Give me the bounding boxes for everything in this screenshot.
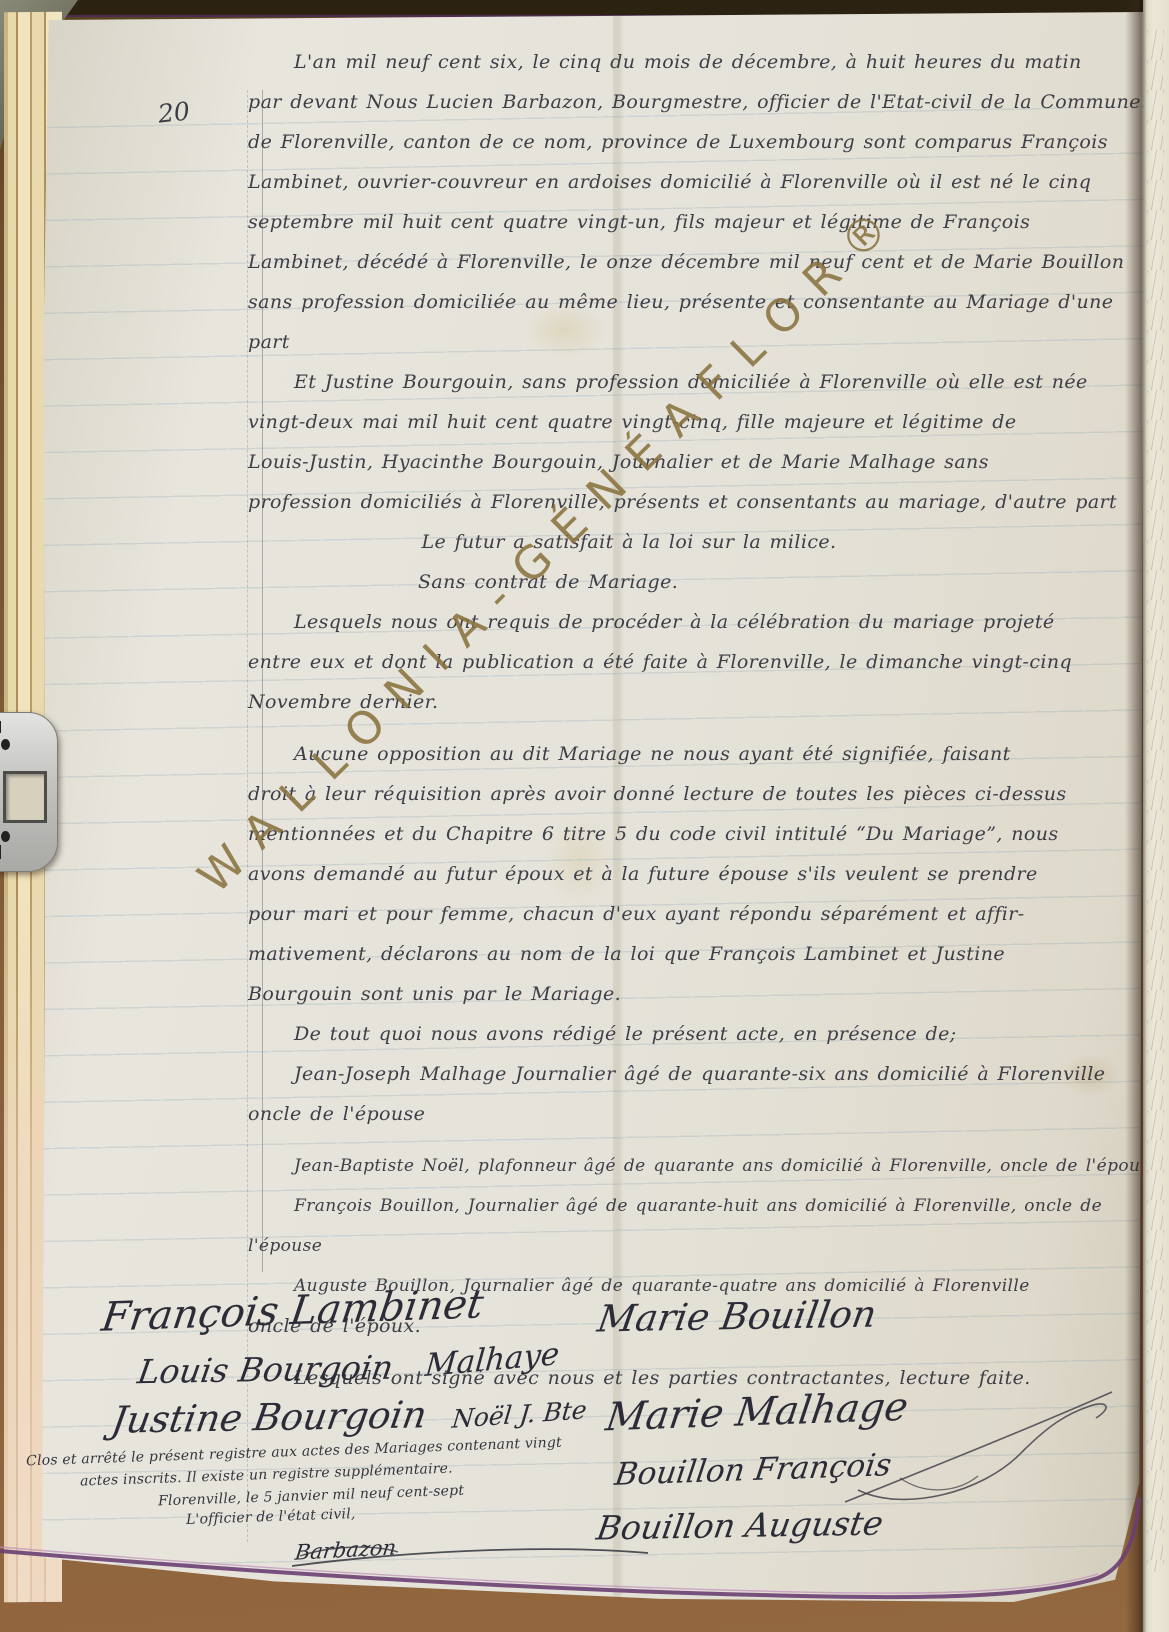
signature: Marie Bouillon	[595, 1293, 880, 1341]
act-text-line: de Florenville, canton de ce nom, provin…	[248, 122, 1146, 162]
binder-clip-slot	[3, 771, 47, 823]
act-text-line: mentionnées et du Chapitre 6 titre 5 du …	[248, 814, 1146, 854]
binder-clip	[0, 712, 58, 872]
act-number: 20	[157, 96, 192, 128]
act-text-line: droit à leur réquisition après avoir don…	[248, 774, 1146, 814]
act-text-line: Lesquels nous ont requis de procéder à l…	[248, 602, 1146, 642]
clip-mark	[0, 721, 1, 733]
act-text-line: Sans contrat de Mariage.	[248, 562, 1146, 602]
act-text-line: pour mari et pour femme, chacun d'eux ay…	[248, 894, 1146, 934]
act-text-line: De tout quoi nous avons rédigé le présen…	[248, 1014, 1146, 1054]
act-text-line: Bourgouin sont unis par le Mariage.	[248, 974, 1146, 1014]
act-text-line: avons demandé au futur époux et à la fut…	[248, 854, 1146, 894]
marriage-register-scan: 20 L'an mil neuf cent six, le cinq du mo…	[0, 0, 1169, 1632]
act-text-line: Le futur a satisfait à la loi sur la mil…	[248, 522, 1146, 562]
act-text-line: L'an mil neuf cent six, le cinq du mois …	[248, 42, 1146, 82]
signature: Bouillon Auguste	[594, 1503, 886, 1547]
next-page-writing	[1147, 30, 1167, 1572]
signature: Justine Bourgoin	[109, 1393, 430, 1442]
act-text-line: Lambinet, ouvrier-couvreur en ardoises d…	[248, 162, 1146, 202]
clip-mark	[0, 845, 1, 859]
act-text-line: profession domiciliés à Florenville, pré…	[248, 482, 1146, 522]
signature: Louis Bourgoin	[135, 1348, 396, 1392]
act-text-line: sans profession domiciliée au même lieu,…	[248, 282, 1146, 362]
page-fold-shadow	[1125, 0, 1147, 1632]
act-text-line: Jean-Baptiste Noël, plafonneur âgé de qu…	[248, 1146, 1146, 1186]
clip-mark	[1, 739, 10, 750]
act-text-line: Louis-Justin, Hyacinthe Bourgouin, Journ…	[248, 442, 1146, 482]
act-text-line: Jean-Joseph Malhage Journalier âgé de qu…	[248, 1054, 1146, 1094]
act-text-line: Lambinet, décédé à Florenville, le onze …	[248, 242, 1146, 282]
act-text-line: oncle de l'épouse	[248, 1094, 1146, 1134]
clip-mark	[1, 831, 10, 842]
act-text-line: François Bouillon, Journalier âgé de qua…	[248, 1186, 1146, 1266]
act-text-line: septembre mil huit cent quatre vingt-un,…	[248, 202, 1146, 242]
act-text-line: mativement, déclarons au nom de la loi q…	[248, 934, 1146, 974]
